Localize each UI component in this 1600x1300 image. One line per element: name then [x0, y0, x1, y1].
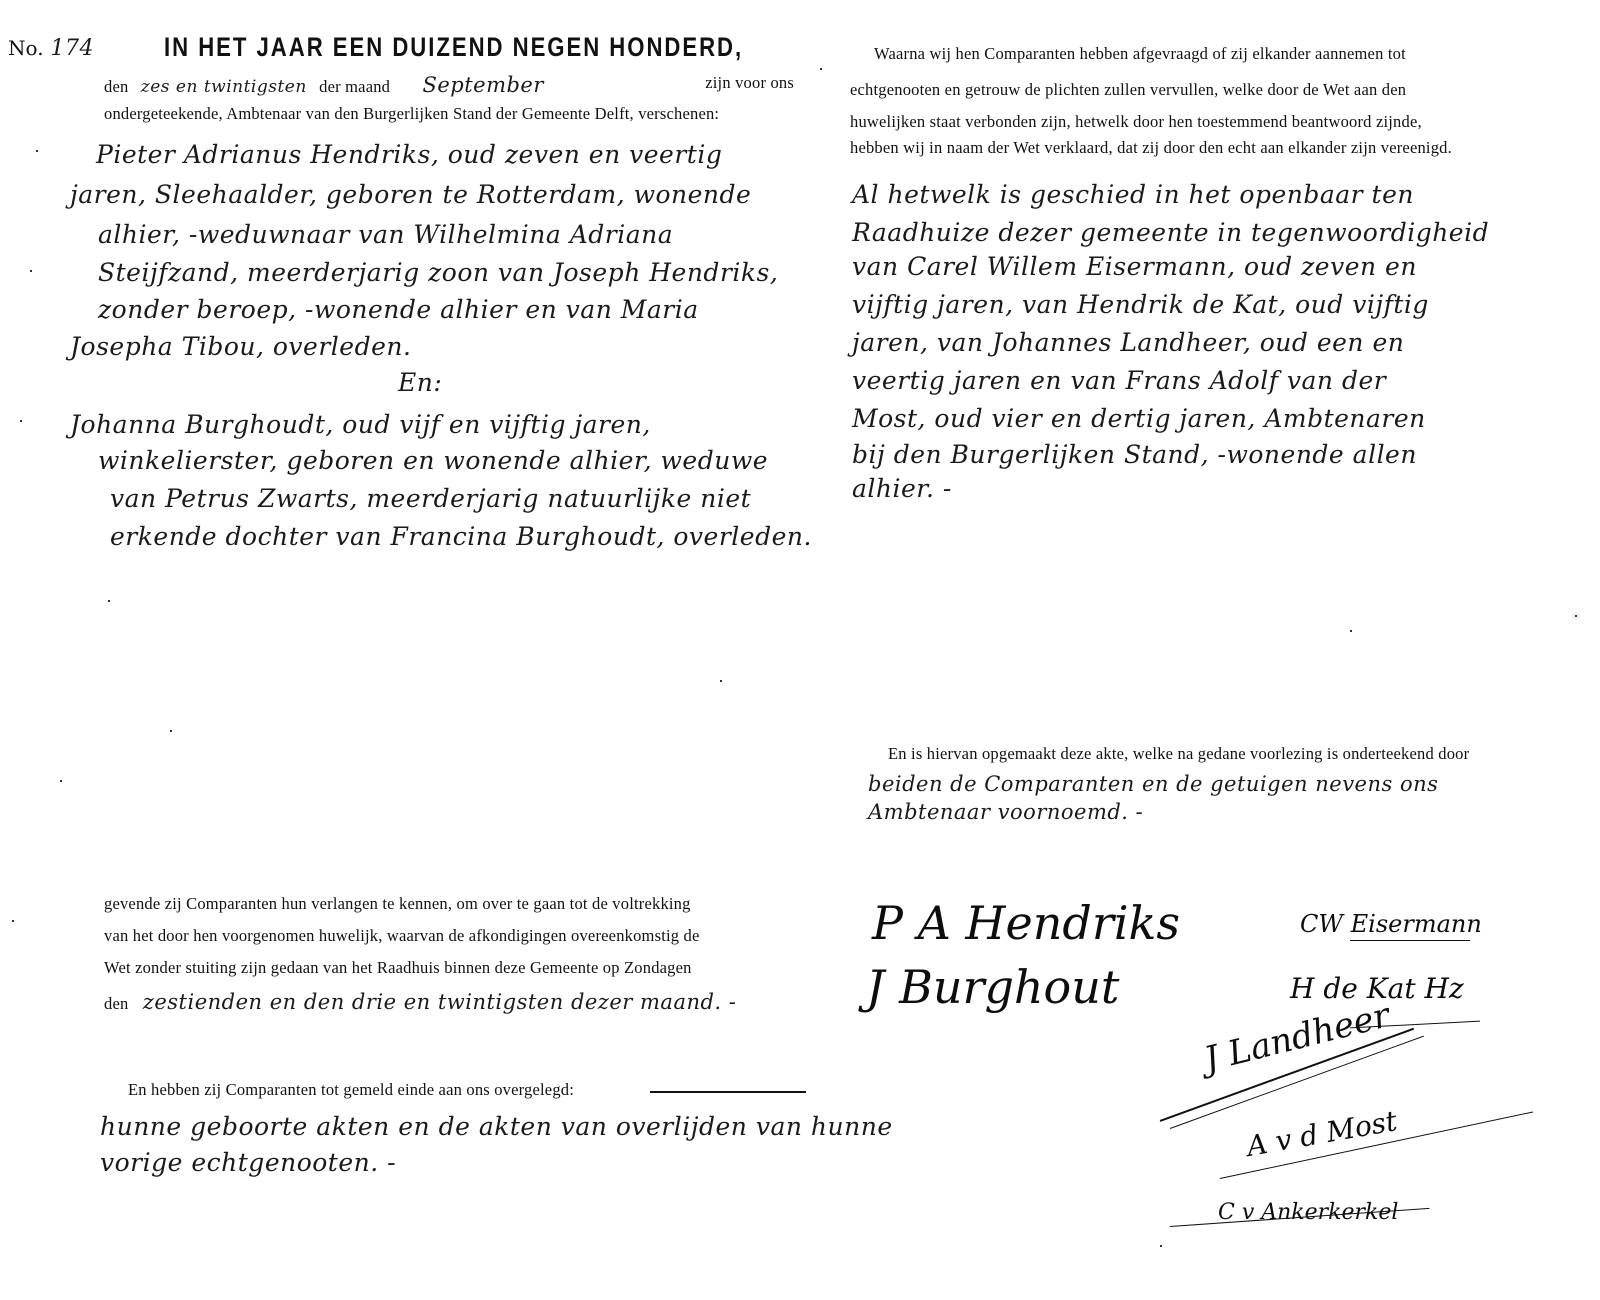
groom-line: jaren, Sleehaalder, geboren te Rotterdam…: [70, 180, 751, 209]
date-suffix: zijn voor ons: [705, 73, 794, 93]
intro-line: ondergeteekende, Ambtenaar van den Burge…: [104, 104, 719, 124]
scan-speck: [60, 780, 62, 782]
den-label: den: [104, 77, 128, 96]
scan-speck: [170, 730, 172, 732]
closing-line: Ambtenaar voornoemd. -: [868, 800, 1143, 824]
groom-line: Pieter Adrianus Hendriks, oud zeven en v…: [96, 140, 722, 169]
witness-line: Al hetwelk is geschied in het openbaar t…: [852, 180, 1414, 209]
proclamation-line: Wet zonder stuiting zijn gedaan van het …: [104, 958, 692, 978]
scan-speck: [36, 150, 38, 152]
witness-line: Raadhuize dezer gemeente in tegenwoordig…: [852, 218, 1489, 247]
record-number: No. 174: [8, 36, 94, 61]
groom-line: Josepha Tibou, overleden.: [70, 332, 411, 361]
signature-witness-3: J Landheer: [1200, 995, 1393, 1080]
scan-speck: [720, 680, 722, 682]
proclamation-line: van het door hen voorgenomen huwelijk, w…: [104, 926, 700, 946]
scan-speck: [1575, 615, 1577, 617]
closing-intro: En is hiervan opgemaakt deze akte, welke…: [888, 744, 1469, 764]
closing-line: beiden de Comparanten en de getuigen nev…: [868, 772, 1438, 796]
declaration-line: hebben wij in naam der Wet verklaard, da…: [850, 138, 1452, 158]
signature-bride: J Burghout: [866, 960, 1119, 1014]
en-line: En:: [398, 368, 442, 397]
day-handwritten: zes en twintigsten: [141, 77, 307, 97]
witness-line: van Carel Willem Eisermann, oud zeven en: [852, 252, 1417, 281]
signature-witness-1: CW Eisermann: [1300, 910, 1482, 938]
witness-line: jaren, van Johannes Landheer, oud een en: [852, 328, 1404, 357]
record-number-value: 174: [51, 36, 95, 61]
groom-line: zonder beroep, -wonende alhier en van Ma…: [98, 295, 699, 324]
documents-line: hunne geboorte akten en de akten van ove…: [100, 1112, 893, 1141]
bride-line: Johanna Burghoudt, oud vijf en vijftig j…: [70, 410, 651, 439]
scan-speck: [20, 420, 22, 422]
proclamation-line: gevende zij Comparanten hun verlangen te…: [104, 894, 691, 914]
sundays-den-label: den: [104, 994, 128, 1013]
declaration-line: echtgenooten en getrouw de plichten zull…: [850, 80, 1406, 100]
bride-line: van Petrus Zwarts, meerderjarig natuurli…: [110, 484, 751, 513]
declaration-line: huwelijken staat verbonden zijn, hetwelk…: [850, 112, 1422, 132]
signature-groom: P A Hendriks: [872, 896, 1180, 950]
scan-speck: [12, 920, 14, 922]
scan-speck: [1160, 1245, 1162, 1247]
documents-intro: En hebben zij Comparanten tot gemeld ein…: [128, 1080, 574, 1100]
witness-line: alhier. -: [852, 474, 952, 503]
document-title: IN HET JAAR EEN DUIZEND NEGEN HONDERD,: [164, 32, 743, 63]
scan-speck: [108, 600, 110, 602]
scan-speck: [1350, 630, 1352, 632]
month-handwritten: September: [422, 73, 543, 97]
der-maand-label: der maand: [319, 77, 390, 96]
signature-witness-4: A v d Most: [1244, 1104, 1399, 1163]
bride-line: erkende dochter van Francina Burghoudt, …: [110, 522, 812, 551]
witness-line: vijftig jaren, van Hendrik de Kat, oud v…: [852, 290, 1429, 319]
witness-line: bij den Burgerlijken Stand, -wonende all…: [852, 440, 1417, 469]
witness-line: Most, oud vier en dertig jaren, Ambtenar…: [852, 404, 1426, 433]
scan-speck: [30, 270, 32, 272]
groom-line: Steijfzand, meerderjarig zoon van Joseph…: [98, 258, 778, 287]
witness-line: veertig jaren en van Frans Adolf van der: [852, 366, 1386, 395]
documents-intro-rule: [650, 1091, 806, 1093]
bride-line: winkelierster, geboren en wonende alhier…: [98, 446, 768, 475]
declaration-line: Waarna wij hen Comparanten hebben afgevr…: [874, 44, 1406, 64]
documents-line: vorige echtgenooten. -: [100, 1148, 396, 1177]
sundays-handwritten: zestienden en den drie en twintigsten de…: [143, 990, 737, 1014]
date-line: den zes en twintigsten der maand Septemb…: [104, 73, 794, 97]
record-number-label: No.: [8, 36, 44, 60]
scan-speck: [820, 68, 822, 70]
sundays-line: den zestienden en den drie en twintigste…: [104, 990, 736, 1014]
signature-underline: [1350, 940, 1470, 941]
groom-line: alhier, -weduwnaar van Wilhelmina Adrian…: [98, 220, 673, 249]
